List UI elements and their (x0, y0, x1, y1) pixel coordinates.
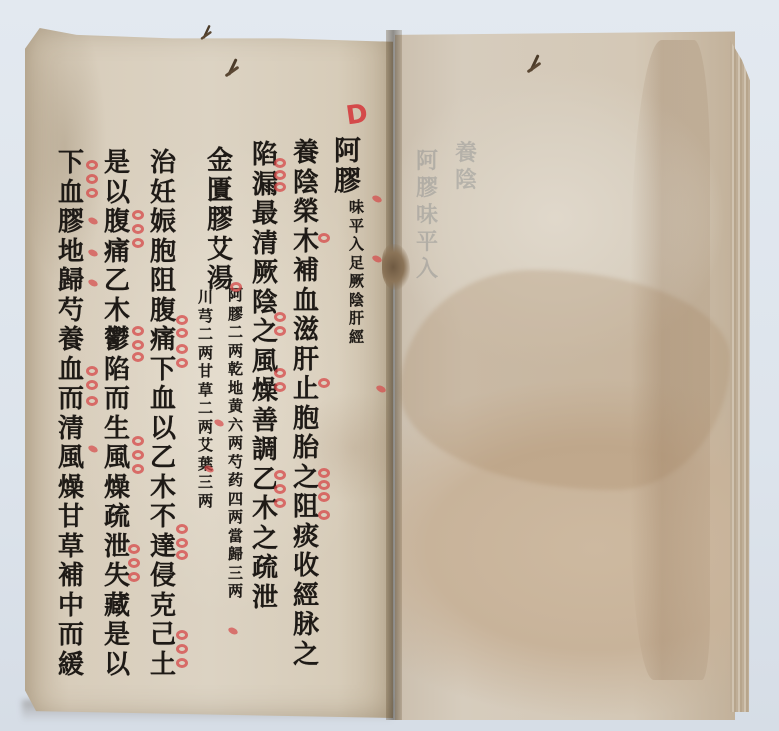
glyph: 鬱 (104, 327, 130, 357)
glyph: 木 (293, 229, 319, 259)
glyph: 川 (198, 290, 213, 309)
glyph: 艾 (198, 438, 213, 457)
glyph: 膠 (416, 177, 438, 204)
glyph: 而 (58, 622, 84, 652)
glyph: 妊 (150, 180, 176, 210)
glyph: 痛 (150, 327, 176, 357)
binding-thread-top (198, 25, 216, 46)
formula-note: 阿膠二两乾地黄六两芍药四两當歸三两 (228, 288, 243, 603)
edge-stain (630, 40, 710, 680)
glyph: 痰 (293, 524, 319, 554)
text-column: 是以腹痛乙木鬱陷而生風燥疏泄失藏是以 (104, 150, 130, 681)
glyph: 入 (349, 237, 364, 256)
glyph: 補 (293, 258, 319, 288)
glyph: 陷 (252, 142, 278, 172)
glyph: 之 (293, 642, 319, 672)
formula-note: 川芎二两甘草二两艾葉三两 (198, 290, 213, 512)
binding-thread-right (524, 54, 546, 80)
glyph: 清 (252, 231, 278, 261)
glyph: 陷 (104, 357, 130, 387)
glyph: 阿 (334, 138, 361, 168)
glyph: 以 (150, 416, 176, 446)
glyph: 下 (58, 150, 84, 180)
glyph: 己 (150, 622, 176, 652)
glyph: 治 (150, 150, 176, 180)
glyph: 味 (416, 204, 438, 231)
glyph: 胞 (150, 239, 176, 269)
glyph: 陰 (293, 170, 319, 200)
glyph: 两 (228, 510, 243, 529)
glyph: 芍 (58, 298, 84, 328)
glyph: 歸 (228, 547, 243, 566)
glyph: 榮 (293, 199, 319, 229)
glyph: 達 (150, 534, 176, 564)
glyph: 血 (58, 180, 84, 210)
column-title: 阿膠 (334, 138, 361, 198)
glyph: 阻 (293, 494, 319, 524)
bleed-through-text: 阿膠味平入 (416, 150, 438, 285)
glyph: 中 (58, 593, 84, 623)
text-column: 金匱膠艾湯 (207, 148, 233, 296)
glyph: 陰 (455, 169, 477, 196)
glyph: 胎 (293, 435, 319, 465)
glyph: 是 (104, 150, 130, 180)
glyph: 下 (150, 357, 176, 387)
glyph: 阻 (150, 268, 176, 298)
glyph: 乙 (104, 268, 130, 298)
text-column: 下血膠地歸芍養血而清風燥甘草補中而緩 (58, 150, 84, 681)
glyph: 清 (58, 416, 84, 446)
glyph: 二 (198, 401, 213, 420)
glyph: 養 (293, 140, 319, 170)
glyph: 膠 (334, 168, 361, 198)
glyph: 木 (104, 298, 130, 328)
glyph: 药 (228, 473, 243, 492)
glyph: 生 (104, 416, 130, 446)
glyph: 地 (58, 239, 84, 269)
glyph: 養 (455, 142, 477, 169)
glyph: 善 (252, 408, 278, 438)
page-mark: D (344, 99, 370, 130)
binding-thread-left (222, 58, 244, 84)
glyph: 二 (198, 327, 213, 346)
glyph: 之 (252, 526, 278, 556)
glyph: 疏 (104, 504, 130, 534)
glyph: 平 (416, 231, 438, 258)
glyph: 克 (150, 593, 176, 623)
glyph: 腹 (104, 209, 130, 239)
glyph: 經 (349, 330, 364, 349)
glyph: 草 (58, 534, 84, 564)
glyph: 金 (207, 148, 233, 178)
glyph: 阿 (416, 150, 438, 177)
glyph: 乾 (228, 362, 243, 381)
glyph: 乙 (150, 445, 176, 475)
glyph: 两 (198, 494, 213, 513)
glyph: 二 (228, 325, 243, 344)
glyph: 止 (293, 376, 319, 406)
glyph: 以 (104, 180, 130, 210)
glyph: 之 (293, 465, 319, 495)
glyph: 土 (150, 652, 176, 682)
glyph: 胞 (293, 406, 319, 436)
glyph: 娠 (150, 209, 176, 239)
glyph: 補 (58, 563, 84, 593)
glyph: 收 (293, 553, 319, 583)
glyph: 血 (58, 357, 84, 387)
glyph: 厥 (349, 274, 364, 293)
glyph: 風 (104, 445, 130, 475)
glyph: 而 (58, 386, 84, 416)
text-column: 治妊娠胞阻腹痛下血以乙木不達侵克己土 (150, 150, 176, 681)
glyph: 甘 (58, 504, 84, 534)
glyph: 腹 (150, 298, 176, 328)
column-title-note: 味平入足厥陰肝經 (349, 200, 364, 348)
glyph: 泄 (104, 534, 130, 564)
glyph: 而 (104, 386, 130, 416)
glyph: 肝 (293, 347, 319, 377)
glyph: 三 (198, 475, 213, 494)
glyph: 疏 (252, 555, 278, 585)
glyph: 不 (150, 504, 176, 534)
text-column: 養陰榮木補血滋肝止胞胎之阻痰收經脉之 (293, 140, 319, 671)
glyph: 脉 (293, 612, 319, 642)
glyph: 艾 (207, 237, 233, 267)
glyph: 燥 (58, 475, 84, 505)
glyph: 燥 (252, 378, 278, 408)
glyph: 養 (58, 327, 84, 357)
glyph: 泄 (252, 585, 278, 615)
glyph: 两 (228, 436, 243, 455)
book-gutter (386, 30, 402, 720)
glyph: 經 (293, 583, 319, 613)
glyph: 滋 (293, 317, 319, 347)
glyph: 歸 (58, 268, 84, 298)
text-column: 陷漏最清厥陰之風燥善調乙木之疏泄 (252, 142, 278, 614)
glyph: 緩 (58, 652, 84, 682)
glyph: 匱 (207, 178, 233, 208)
glyph: 調 (252, 437, 278, 467)
page-stack-edge (730, 40, 750, 712)
glyph: 燥 (104, 475, 130, 505)
glyph: 藏 (104, 593, 130, 623)
glyph: 入 (416, 258, 438, 285)
glyph: 是 (104, 622, 130, 652)
glyph: 血 (150, 386, 176, 416)
glyph: 風 (58, 445, 84, 475)
glyph: 侵 (150, 563, 176, 593)
glyph: 甘 (198, 364, 213, 383)
glyph: 两 (228, 584, 243, 603)
glyph: 膠 (207, 207, 233, 237)
glyph: 痛 (104, 239, 130, 269)
glyph: 肝 (349, 311, 364, 330)
glyph: 失 (104, 563, 130, 593)
glyph: 厥 (252, 260, 278, 290)
glyph: 味 (349, 200, 364, 219)
glyph: 木 (150, 475, 176, 505)
glyph: 膠 (58, 209, 84, 239)
open-manuscript: D 阿膠味平入 養陰 阿膠 味平入足厥陰肝經 養陰榮木補血滋肝止胞胎之阻痰收經脉… (0, 0, 779, 731)
glyph: 黄 (228, 399, 243, 418)
glyph: 以 (104, 652, 130, 682)
glyph: 最 (252, 201, 278, 231)
glyph: 血 (293, 288, 319, 318)
bleed-through-text: 養陰 (455, 142, 477, 196)
paper-tear (382, 244, 410, 290)
